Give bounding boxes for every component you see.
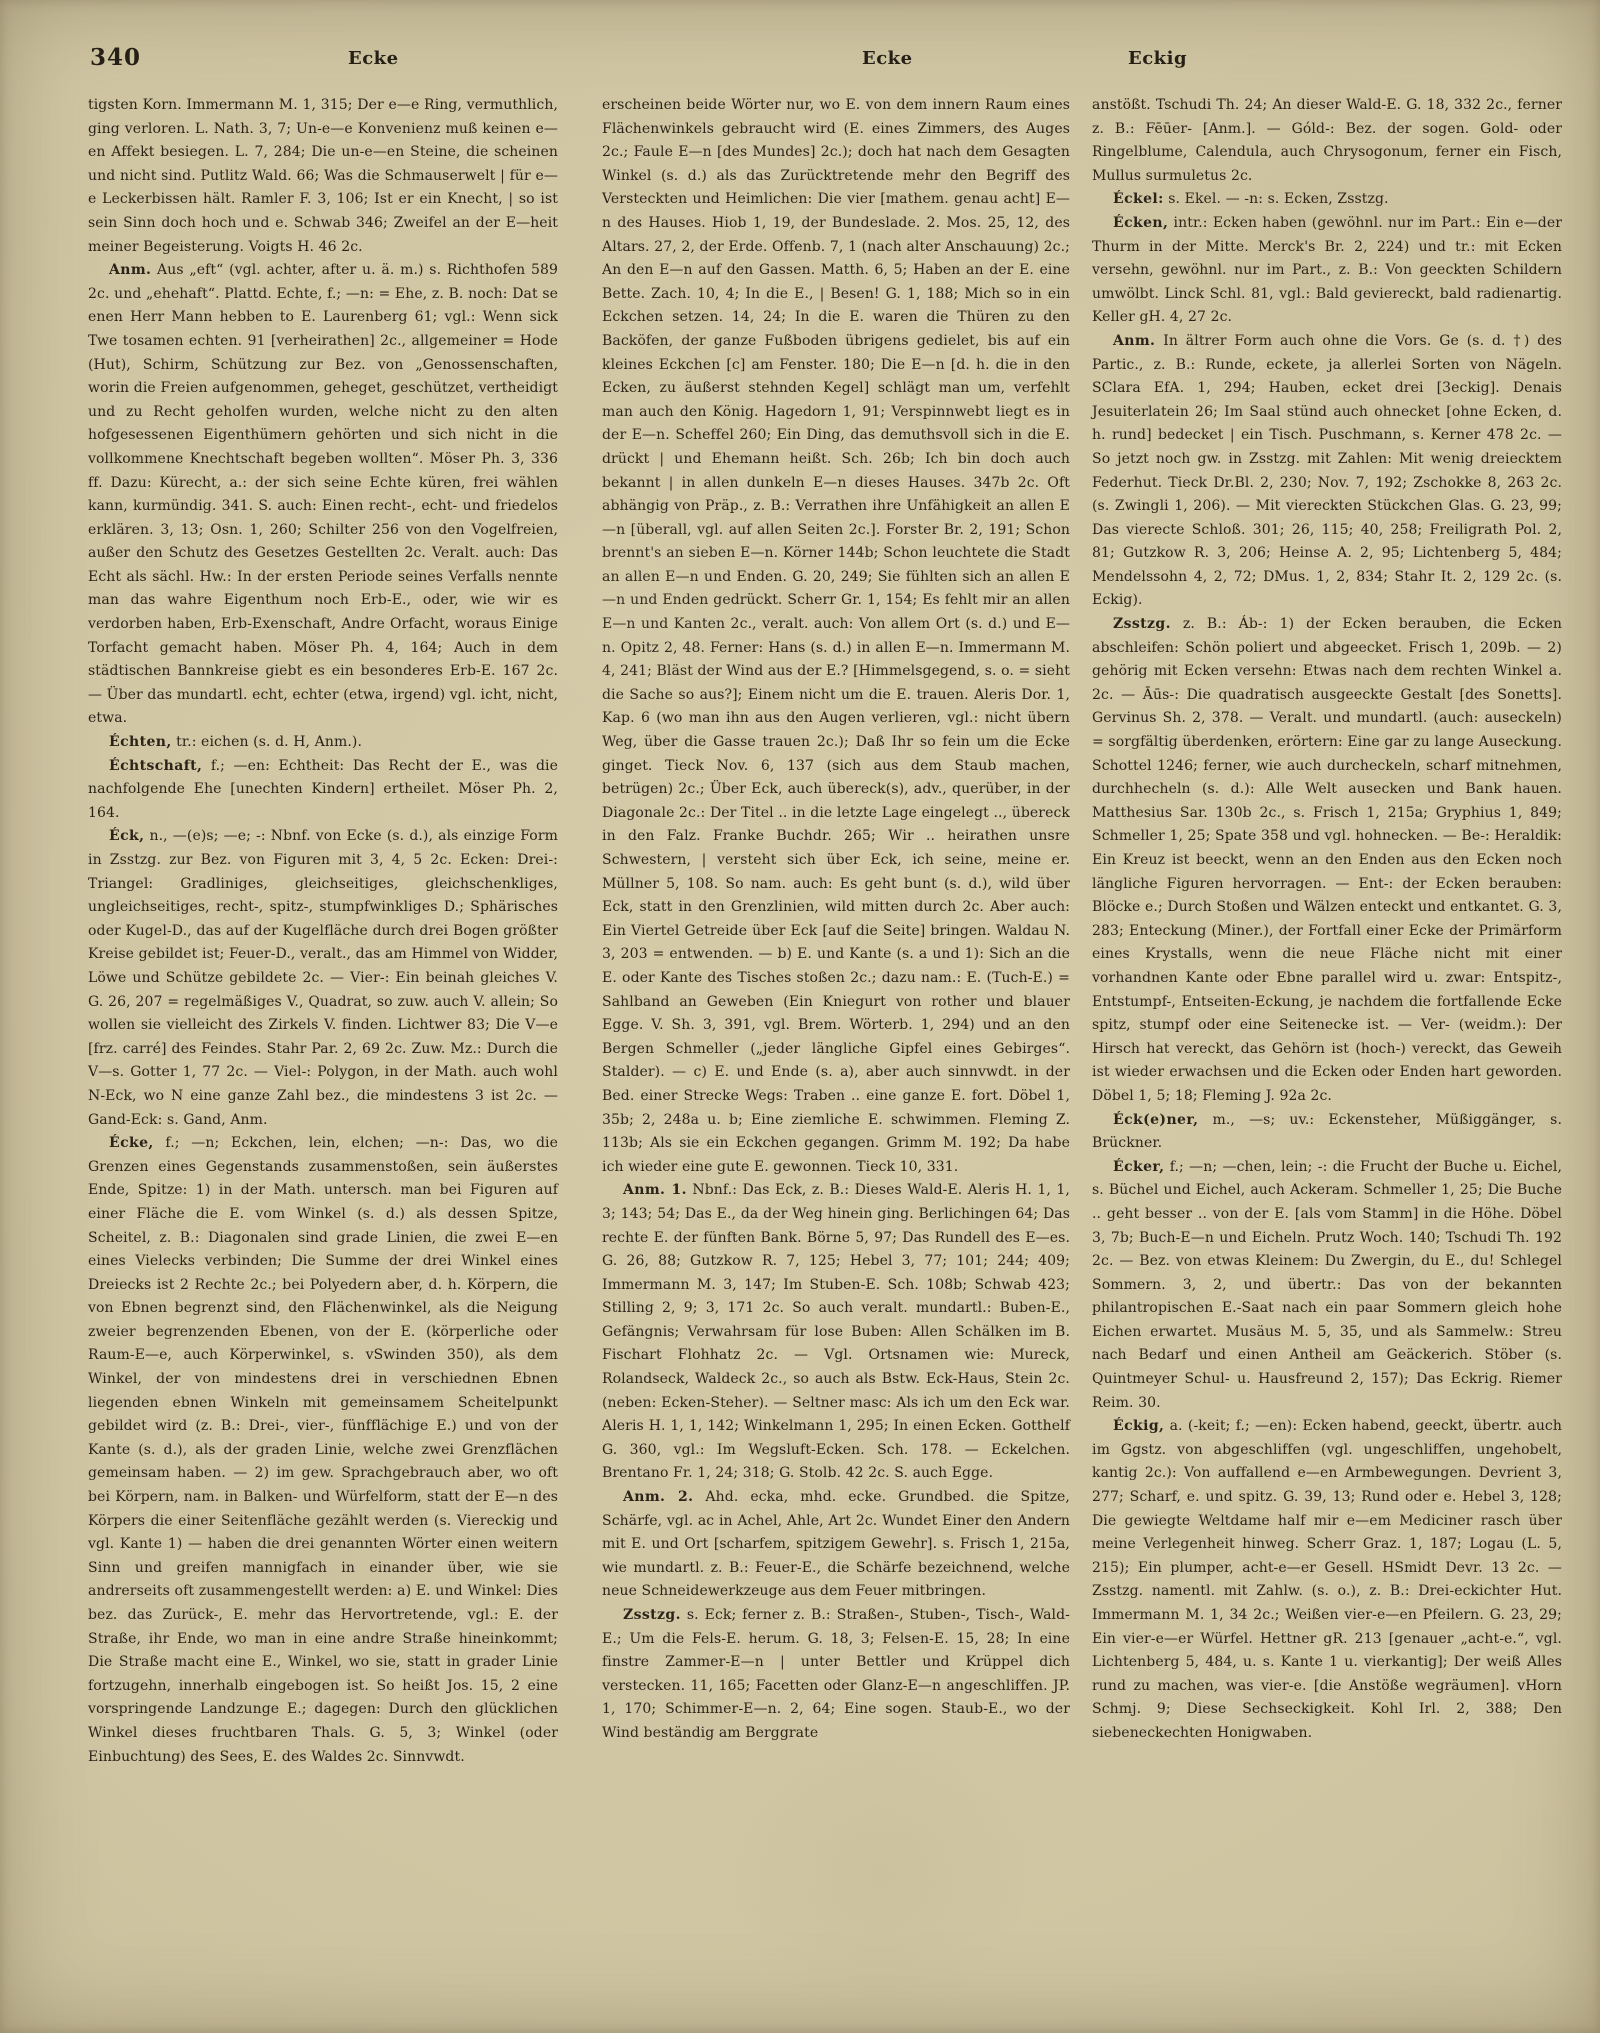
entry-paragraph: Écken, intr.: Ecken haben (gewöhnl. nur … xyxy=(1092,212,1562,330)
dictionary-page: 340 Ecke Ecke Eckig tigsten Korn. Immerm… xyxy=(0,0,1600,2033)
text-column-1: tigsten Korn. Immermann M. 1, 315; Der e… xyxy=(88,94,558,1769)
entry-headword: Écker, xyxy=(1113,1159,1164,1175)
entry-paragraph: Éck, n., —(e)s; —e; -: Nbnf. von Ecke (s… xyxy=(88,825,558,1132)
entry-headword: Éckig, xyxy=(1113,1418,1164,1434)
entry-headword: Échten, xyxy=(109,734,172,750)
entry-paragraph: Éckel: s. Ekel. — -n: s. Ecken, Zsstzg. xyxy=(1092,188,1562,212)
entry-paragraph: Anm. 2. Ahd. ecka, mhd. ecke. Grundbed. … xyxy=(602,1486,1070,1604)
text-column-2: erscheinen beide Wörter nur, wo E. von d… xyxy=(602,94,1070,1746)
entry-paragraph: Écker, f.; —n; —chen, lein; -: die Fruch… xyxy=(1092,1156,1562,1416)
continuation-paragraph: erscheinen beide Wörter nur, wo E. von d… xyxy=(602,94,1070,1179)
entry-paragraph: Anm. In ältrer Form auch ohne die Vors. … xyxy=(1092,330,1562,613)
entry-headword: Éck, xyxy=(109,828,144,844)
entry-headword: Anm. 1. xyxy=(623,1182,687,1198)
running-title-left: Ecke xyxy=(348,48,399,69)
entry-headword: Échtschaft, xyxy=(109,758,202,774)
entry-paragraph: Zsstzg. s. Eck; ferner z. B.: Straßen-, … xyxy=(602,1604,1070,1746)
entry-headword: Éckel: xyxy=(1113,191,1164,207)
entry-headword: Écke, xyxy=(109,1135,154,1151)
entry-paragraph: Anm. Aus „eft“ (vgl. achter, after u. ä.… xyxy=(88,259,558,731)
continuation-paragraph: anstößt. Tschudi Th. 24; An dieser Wald-… xyxy=(1092,94,1562,188)
page-number: 340 xyxy=(90,44,141,71)
entry-headword: Éck(e)ner, xyxy=(1113,1112,1198,1128)
entry-paragraph: Éck(e)ner, m., —s; uv.: Eckensteher, Müß… xyxy=(1092,1109,1562,1156)
entry-headword: Zsstzg. xyxy=(1113,616,1171,632)
entry-paragraph: Zsstzg. z. B.: Áb-: 1) der Ecken beraube… xyxy=(1092,613,1562,1108)
entry-paragraph: Écke, f.; —n; Eckchen, lein, elchen; —n-… xyxy=(88,1132,558,1769)
entry-headword: Écken, xyxy=(1113,215,1168,231)
text-column-3: anstößt. Tschudi Th. 24; An dieser Wald-… xyxy=(1092,94,1562,1746)
continuation-paragraph: tigsten Korn. Immermann M. 1, 315; Der e… xyxy=(88,94,558,259)
entry-headword: Zsstzg. xyxy=(623,1607,681,1623)
running-title-center: Ecke xyxy=(862,48,913,69)
entry-paragraph: Échtschaft, f.; —en: Echtheit: Das Recht… xyxy=(88,755,558,826)
running-header: 340 Ecke Ecke Eckig xyxy=(0,44,1600,78)
entry-headword: Anm. xyxy=(1113,333,1155,349)
entry-headword: Anm. xyxy=(109,262,151,278)
entry-paragraph: Éckig, a. (-keit; f.; —en): Ecken habend… xyxy=(1092,1415,1562,1745)
entry-paragraph: Échten, tr.: eichen (s. d. H, Anm.). xyxy=(88,731,558,755)
entry-headword: Anm. 2. xyxy=(623,1489,693,1505)
running-title-right: Eckig xyxy=(1128,48,1187,69)
entry-paragraph: Anm. 1. Nbnf.: Das Eck, z. B.: Dieses Wa… xyxy=(602,1179,1070,1486)
